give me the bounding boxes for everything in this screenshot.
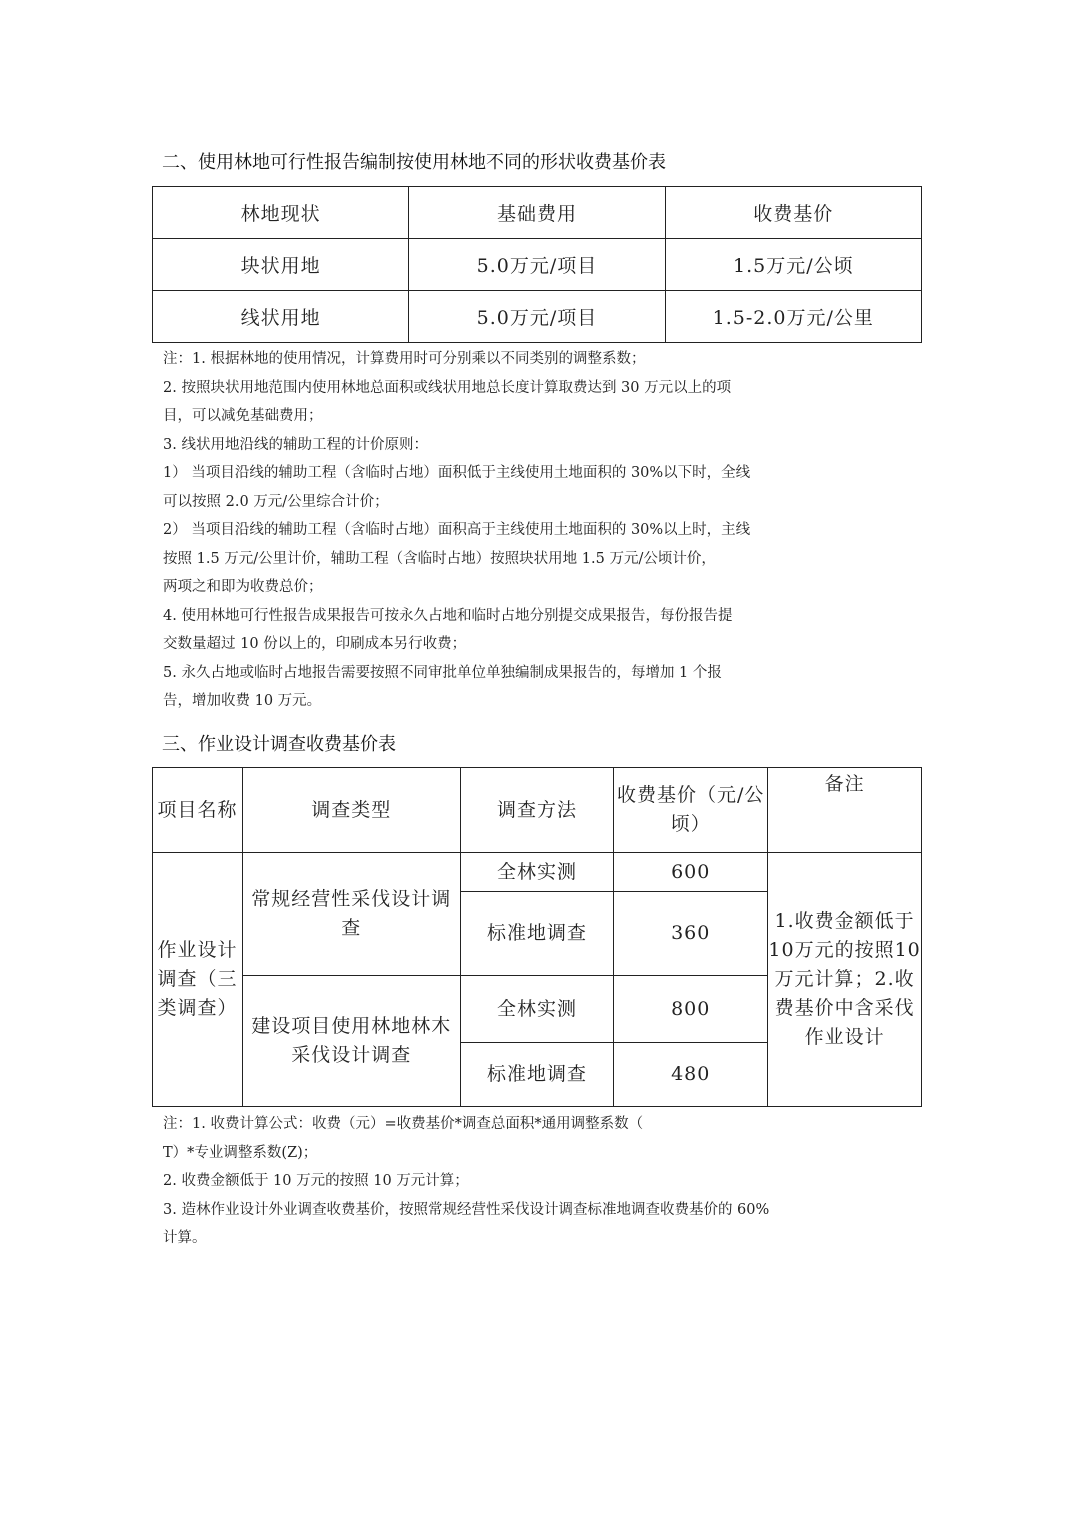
note-line: 计算。 <box>163 1224 863 1253</box>
table-header-row: 林地现状 基础费用 收费基价 <box>153 187 922 239</box>
method-cell: 标准地调查 <box>460 892 614 976</box>
header-cell: 林地现状 <box>153 187 409 239</box>
price-cell: 480 <box>614 1043 768 1107</box>
note-line: 5. 永久占地或临时占地报告需要按照不同审批单位单独编制成果报告的，每增加 1 … <box>163 659 863 688</box>
section2-notes: 注：1. 根据林地的使用情况，计算费用时可分别乘以不同类别的调整系数； 2. 按… <box>163 345 863 716</box>
header-survey-type: 调查类型 <box>242 768 460 853</box>
note-line: 2. 收费金额低于 10 万元的按照 10 万元计算； <box>163 1167 863 1196</box>
price-cell: 600 <box>614 853 768 892</box>
method-cell: 全林实测 <box>460 976 614 1043</box>
note-line: 两项之和即为收费总价； <box>163 573 863 602</box>
note-line: 1） 当项目沿线的辅助工程（含临时占地）面积低于主线使用土地面积的 30%以下时… <box>163 459 863 488</box>
survey-type-cell: 建设项目使用林地林木采伐设计调查 <box>242 976 460 1107</box>
survey-type-cell: 常规经营性采伐设计调查 <box>242 853 460 976</box>
shape-fee-table: 林地现状 基础费用 收费基价 块状用地 5.0万元/项目 1.5万元/公顷 线状… <box>152 186 922 343</box>
note-line: 3. 造林作业设计外业调查收费基价，按照常规经营性采伐设计调查标准地调查收费基价… <box>163 1196 863 1225</box>
note-line: 2） 当项目沿线的辅助工程（含临时占地）面积高于主线使用土地面积的 30%以上时… <box>163 516 863 545</box>
table-cell: 5.0万元/项目 <box>409 239 665 291</box>
table-header-row: 项目名称 调查类型 调查方法 收费基价（元/公顷） 备注 <box>153 768 922 853</box>
note-line: 2. 按照块状用地范围内使用林地总面积或线状用地总长度计算取费达到 30 万元以… <box>163 374 863 403</box>
header-cell: 基础费用 <box>409 187 665 239</box>
header-remark: 备注 <box>768 768 922 853</box>
table-cell: 线状用地 <box>153 291 409 343</box>
section3-title: 三、作业设计调查收费基价表 <box>162 730 396 756</box>
table-cell: 块状用地 <box>153 239 409 291</box>
document-page: 二、使用林地可行性报告编制按使用林地不同的形状收费基价表 林地现状 基础费用 收… <box>0 0 1074 1520</box>
method-cell: 全林实测 <box>460 853 614 892</box>
note-line: 可以按照 2.0 万元/公里综合计价； <box>163 488 863 517</box>
header-cell: 收费基价 <box>665 187 921 239</box>
table-cell: 5.0万元/项目 <box>409 291 665 343</box>
price-cell: 800 <box>614 976 768 1043</box>
project-name-cell: 作业设计调查（三类调查） <box>153 853 243 1107</box>
header-base-price: 收费基价（元/公顷） <box>614 768 768 853</box>
note-line: T）*专业调整系数(Z)； <box>163 1139 863 1168</box>
table-row: 线状用地 5.0万元/项目 1.5-2.0万元/公里 <box>153 291 922 343</box>
note-line: 4. 使用林地可行性报告成果报告可按永久占地和临时占地分别提交成果报告，每份报告… <box>163 602 863 631</box>
header-project-name: 项目名称 <box>153 768 243 853</box>
note-line: 告，增加收费 10 万元。 <box>163 687 863 716</box>
note-line: 目，可以减免基础费用； <box>163 402 863 431</box>
table-row: 块状用地 5.0万元/项目 1.5万元/公顷 <box>153 239 922 291</box>
remark-cell: 1.收费金额低于10万元的按照10万元计算；2.收费基价中含采伐作业设计 <box>768 853 922 1107</box>
note-line: 交数量超过 10 份以上的，印刷成本另行收费； <box>163 630 863 659</box>
note-line: 3. 线状用地沿线的辅助工程的计价原则： <box>163 431 863 460</box>
note-line: 注：1. 收费计算公式：收费（元）=收费基价*调查总面积*通用调整系数（ <box>163 1110 863 1139</box>
table-cell: 1.5-2.0万元/公里 <box>665 291 921 343</box>
section2-title: 二、使用林地可行性报告编制按使用林地不同的形状收费基价表 <box>162 148 666 174</box>
header-survey-method: 调查方法 <box>460 768 614 853</box>
price-cell: 360 <box>614 892 768 976</box>
note-line: 按照 1.5 万元/公里计价，辅助工程（含临时占地）按照块状用地 1.5 万元/… <box>163 545 863 574</box>
section3-notes: 注：1. 收费计算公式：收费（元）=收费基价*调查总面积*通用调整系数（ T）*… <box>163 1110 863 1253</box>
table-cell: 1.5万元/公顷 <box>665 239 921 291</box>
table-row: 作业设计调查（三类调查） 常规经营性采伐设计调查 全林实测 600 1.收费金额… <box>153 853 922 892</box>
survey-fee-table: 项目名称 调查类型 调查方法 收费基价（元/公顷） 备注 作业设计调查（三类调查… <box>152 767 922 1107</box>
method-cell: 标准地调查 <box>460 1043 614 1107</box>
note-line: 注：1. 根据林地的使用情况，计算费用时可分别乘以不同类别的调整系数； <box>163 345 863 374</box>
